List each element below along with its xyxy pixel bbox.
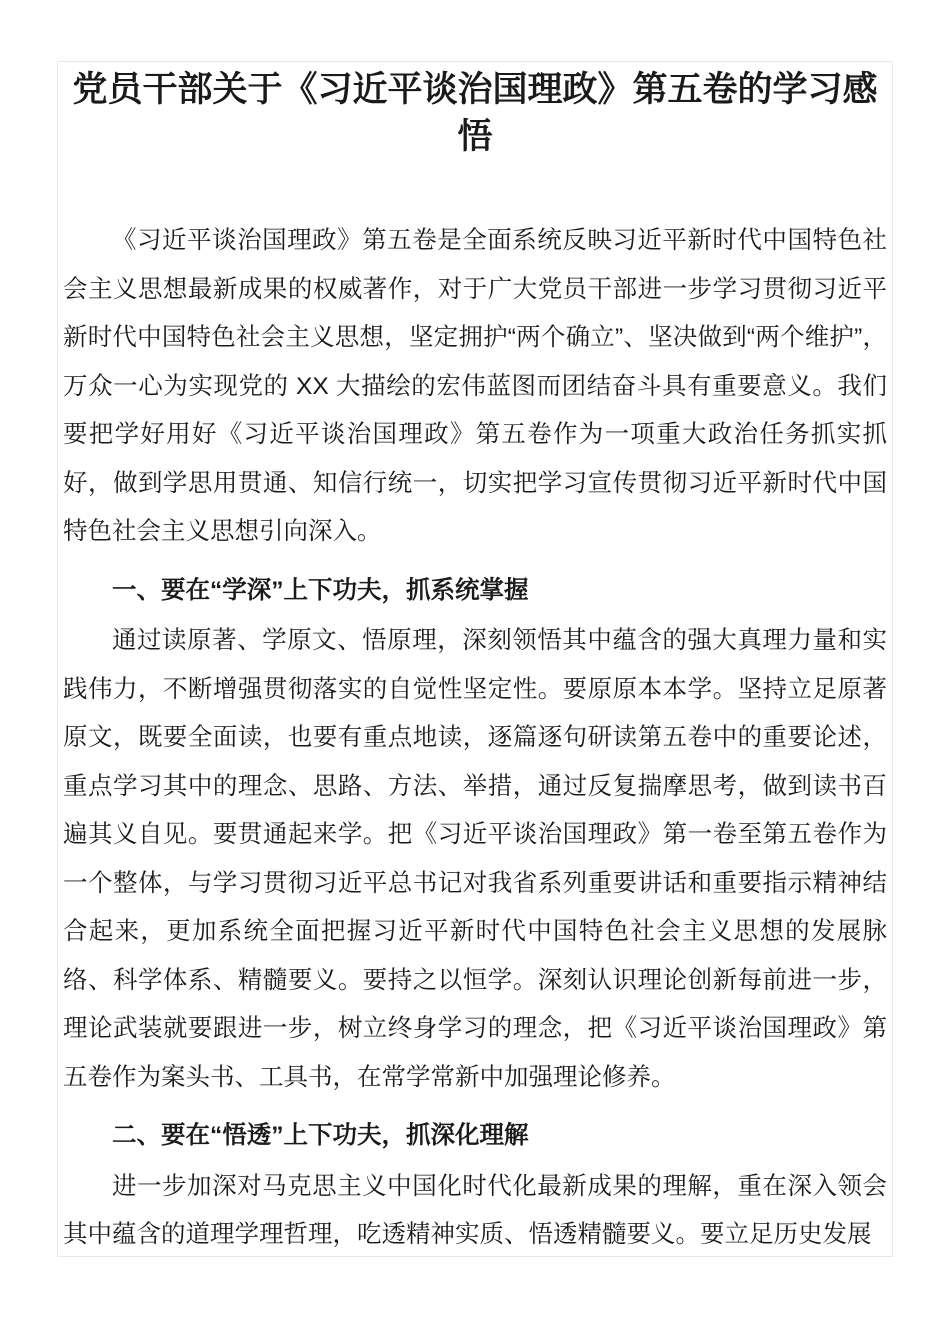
section-heading-1: 一、要在“学深”上下功夫，抓系统掌握 xyxy=(63,567,887,616)
section-heading-2: 二、要在“悟透”上下功夫，抓深化理解 xyxy=(63,1112,887,1161)
document-paragraph-intro: 《习近平谈治国理政》第五卷是全面系统反映习近平新时代中国特色社会主义思想最新成果… xyxy=(63,217,887,557)
document-paragraph-section-1: 通过读原著、学原文、悟原理，深刻领悟其中蕴含的强大真理力量和实践伟力，不断增强贯… xyxy=(63,617,887,1102)
document-title: 党员干部关于《习近平谈治国理政》第五卷的学习感悟 xyxy=(63,66,887,160)
document-page: 党员干部关于《习近平谈治国理政》第五卷的学习感悟 《习近平谈治国理政》第五卷是全… xyxy=(57,61,893,1257)
document-paragraph-section-2: 进一步加深对马克思主义中国化时代化最新成果的理解，重在深入领会其中蕴含的道理学理… xyxy=(63,1163,887,1258)
document-viewer: { "document": { "title": "党员干部关于《习近平谈治国理… xyxy=(0,0,950,1344)
